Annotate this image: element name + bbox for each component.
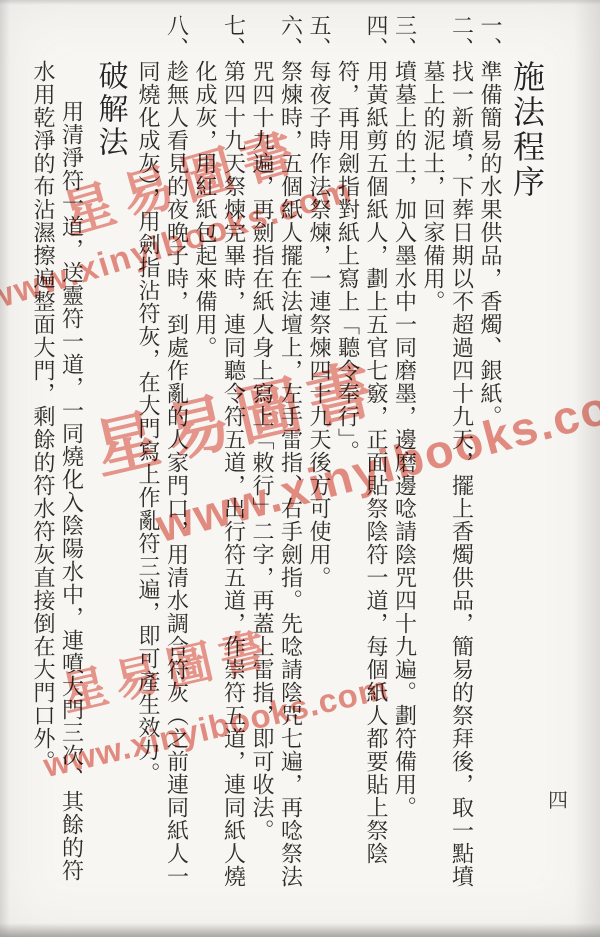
book-page: 施法程序 一、準備簡易的水果供品，香燭、銀紙。 二、找一新墳，下葬日期以不超過四… bbox=[0, 0, 600, 937]
list-item-7: 七、第四十九天祭煉完畢時，連同聽令符五道，出行符五道，作崇符五道，連同紙人燒化成… bbox=[191, 60, 248, 892]
page-content: 施法程序 一、準備簡易的水果供品，香燭、銀紙。 二、找一新墳，下葬日期以不超過四… bbox=[29, 60, 551, 892]
list-item-8: 八、趁無人看見的夜晚子時，到處作亂的人家門口，用清水調合符灰（之前連同紙人一同燒… bbox=[134, 60, 191, 892]
scan-edge-right bbox=[574, 0, 600, 937]
page-number: 四 bbox=[548, 784, 568, 813]
list-item-2: 二、找一新墳，下葬日期以不超過四十九天，擺上香燭供品，簡易的祭拜後，取一點墳墓上… bbox=[419, 60, 476, 892]
scan-edge-bottom bbox=[0, 923, 600, 937]
list-item-6: 六、祭煉時，五個紙人擺在法壇上，左手雷指、右手劍指。先唸請陰咒七遍，再唸祭法咒四… bbox=[248, 60, 305, 892]
section-heading: 破解法 bbox=[86, 60, 134, 892]
section-paragraph: 用清淨符一道，送靈符一道，一同燒化入陰陽水中，連噴大門三次、其餘的符水用乾淨的布… bbox=[29, 60, 86, 892]
page-title: 施法程序 bbox=[504, 60, 550, 892]
list-item-4: 四、用黃紙剪五個紙人，劃上五官七竅，正面貼祭陰符一道，每個紙人都要貼上祭陰符，再… bbox=[333, 60, 390, 892]
list-item-3: 三、墳墓上的土，加入墨水中一同磨墨，邊磨邊唸請陰咒四十九遍。劃符備用。 bbox=[390, 60, 419, 892]
list-item-5: 五、每夜子時作法祭煉，一連祭煉四十九天後方可使用。 bbox=[305, 60, 334, 892]
scan-edge-left bbox=[0, 0, 10, 937]
list-item-1: 一、準備簡易的水果供品，香燭、銀紙。 bbox=[476, 60, 505, 892]
scan-edge-top bbox=[0, 0, 600, 5]
